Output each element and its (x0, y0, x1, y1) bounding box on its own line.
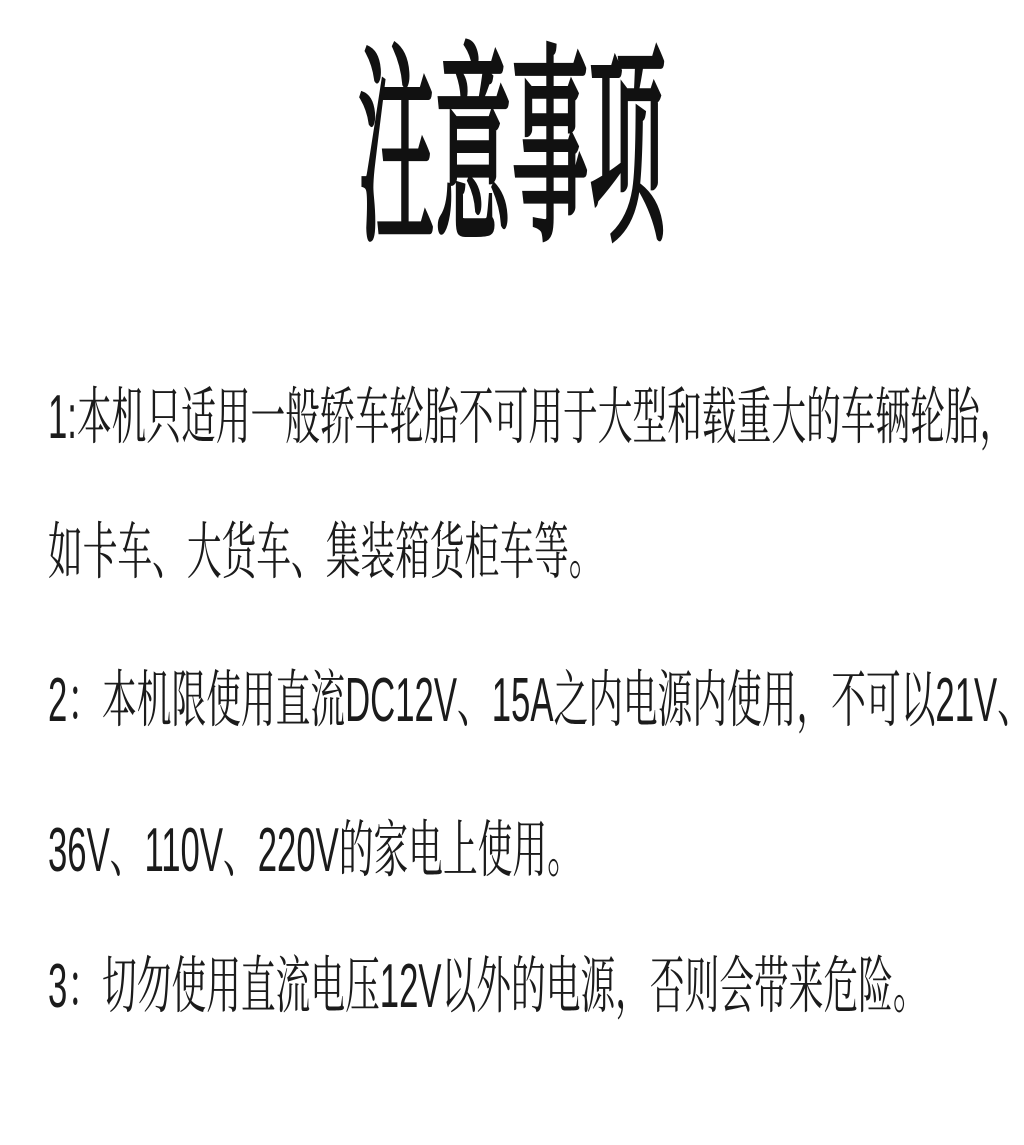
notice-line-4: 36V、110V、220V的家电上使用。 (48, 820, 582, 882)
page-title: 注意事项 (328, 38, 697, 261)
notice-line-5: 3：切勿使用直流电压12V以外的电源，否则会带来危险。 (48, 956, 928, 1018)
notice-line-1: 1:本机只适用一般轿车轮胎不可用于大型和载重大的车辆轮胎， (48, 387, 1014, 449)
notice-line-3: 2：本机限使用直流DC12V、15A之内电源内使用，不可以21V、 (48, 670, 1024, 732)
notice-page: 注意事项 1:本机只适用一般轿车轮胎不可用于大型和载重大的车辆轮胎， 如卡车、大… (0, 0, 1024, 1145)
notice-line-2: 如卡车、大货车、集装箱货柜车等。 (48, 522, 604, 584)
